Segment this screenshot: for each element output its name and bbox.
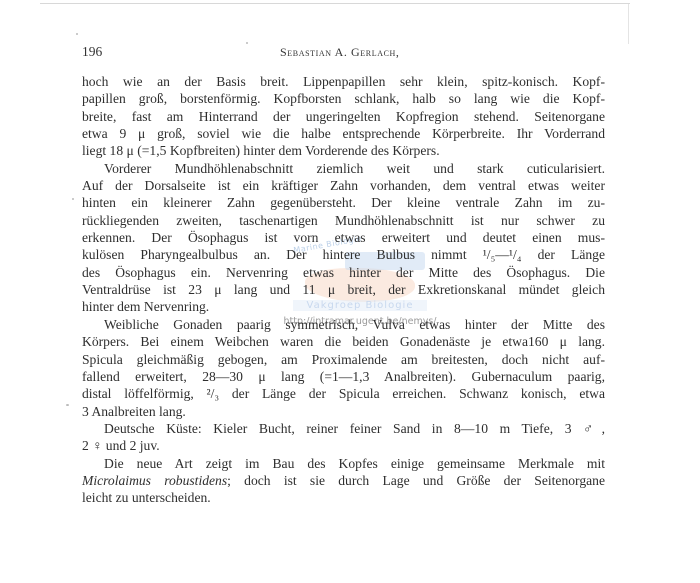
page-number: 196 — [82, 44, 102, 60]
paragraph-gonads: Weibliche Gonaden paarig symmetrisch, Vu… — [82, 316, 605, 420]
text-fragment: ; doch ist sie durch Lage und Größe der … — [227, 473, 605, 488]
paragraph-comparison: Die neue Art zeigt im Bau des Kopfes ein… — [82, 455, 605, 507]
paragraph-mouth-cavity: Vorderer Mundhöhlenabschnitt ziemlich we… — [82, 160, 605, 316]
text-line: leicht zu unterscheiden. — [82, 489, 605, 506]
text-line: etwa 9 μ groß, soviel wie die halbe ents… — [82, 125, 605, 142]
text-line: hinter dem Nervenring. — [82, 298, 605, 315]
running-head: 196 Sebastian A. Gerlach, — [82, 44, 605, 60]
running-head-author: Sebastian A. Gerlach, — [280, 45, 400, 60]
scan-edge-right — [628, 4, 629, 44]
text-line: kulösen Pharyngealbulbus an. Der hintere… — [82, 246, 605, 263]
paragraph-locality: Deutsche Küste: Kieler Bucht, reiner fei… — [82, 420, 605, 455]
text-line: rückliegenden zweiten, taschenartigen Mu… — [82, 212, 605, 229]
text-line: erkennen. Der Ösophagus ist vorn etwas e… — [82, 229, 605, 246]
species-name: Microlaimus robustidens — [82, 473, 227, 488]
scan-speck — [66, 404, 69, 406]
text-line: Auf der Dorsalseite ist ein kräftiger Za… — [82, 177, 605, 194]
text-line: fallend erweitert, 28—30 μ lang (=1—1,3 … — [82, 368, 605, 385]
text-line: papillen groß, borstenförmig. Kopfborste… — [82, 90, 605, 107]
text-line: hoch wie an der Basis breit. Lippenpapil… — [82, 73, 605, 90]
text-line: Spicula gleichmäßig gebogen, am Proximal… — [82, 351, 605, 368]
paragraph-head-description: hoch wie an der Basis breit. Lippenpapil… — [82, 73, 605, 160]
scan-speck — [72, 198, 74, 200]
body-text: hoch wie an der Basis breit. Lippenpapil… — [82, 73, 605, 507]
text-line: liegt 18 μ (=1,5 Kopfbreiten) hinter dem… — [82, 142, 605, 159]
text-line: Vorderer Mundhöhlenabschnitt ziemlich we… — [82, 160, 605, 177]
text-line: Körpers. Bei einem Weibchen waren die be… — [82, 333, 605, 350]
text-line: 3 Analbreiten lang. — [82, 403, 605, 420]
text-line: 2 ♀ und 2 juv. — [82, 437, 605, 454]
text-line: distal löffelförmig, ²/₃ der Länge der S… — [82, 385, 605, 402]
text-line: Ventraldrüse ist 23 μ lang und 11 μ brei… — [82, 281, 605, 298]
text-line: des Ösophagus ein. Nervenring etwas hint… — [82, 264, 605, 281]
text-line: Die neue Art zeigt im Bau des Kopfes ein… — [82, 455, 605, 472]
text-line: Weibliche Gonaden paarig symmetrisch, Vu… — [82, 316, 605, 333]
text-line-mixed: Microlaimus robustidens; doch ist sie du… — [82, 472, 605, 489]
scan-speck — [76, 33, 78, 35]
text-line: breite, fast am Hinterrand der ungeringe… — [82, 108, 605, 125]
text-line: Deutsche Küste: Kieler Bucht, reiner fei… — [82, 420, 605, 437]
scan-edge-top — [40, 3, 630, 4]
text-line: hinten ein kleinerer Zahn gegenübersteht… — [82, 194, 605, 211]
